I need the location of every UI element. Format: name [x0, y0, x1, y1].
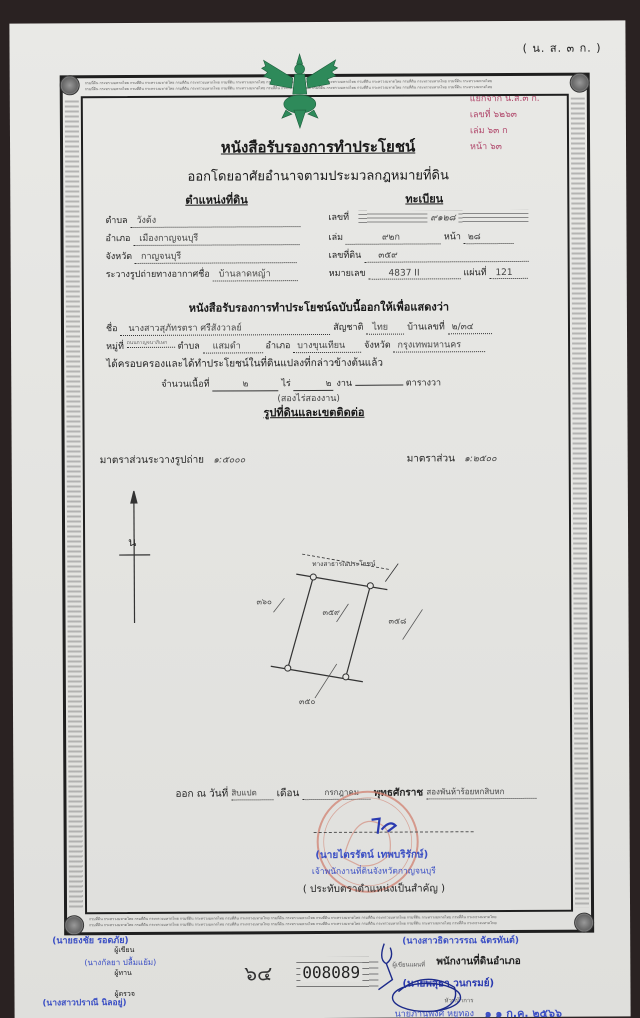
rai-label: ไร่ [281, 379, 290, 389]
book-label: เล่ม [328, 233, 343, 243]
location-province-row: จังหวัด กาญจนบุรี [106, 248, 297, 264]
square-wa-label: ตารางวา [406, 378, 441, 388]
owner-tambon-label: ตำบล [178, 342, 200, 352]
amphoe-value: เมืองกาญจนบุรี [133, 230, 299, 246]
area-label: จำนวนเนื้อที่ [161, 380, 209, 390]
serial-number: 008089 [300, 963, 362, 982]
east-neighbor-label: ๓๕๘ [389, 617, 407, 626]
sheet-label: แผ่นที่ [463, 268, 486, 278]
province-value: กาญจนบุรี [135, 248, 297, 264]
security-strip-right [571, 98, 589, 908]
reviewer-row: (นางสาวปราณี นิลอยู่) [42, 995, 126, 1009]
book-value: ๙๒ก [346, 229, 441, 244]
house-number-value: ๒/๓๔ [448, 319, 492, 334]
south-neighbor-label: ๓๕๐ [299, 697, 316, 706]
possession-statement: ได้ครอบครองและได้ทำประโยชน์ในที่ดินแปลงท… [106, 356, 383, 372]
owner-address-row: หมู่ที่ ถนนกาญจนาภิเษก ตำบล แสมดำ อำเภอ … [106, 337, 486, 354]
location-heading: ตำแหน่งที่ดิน [185, 190, 248, 208]
stamp-date: ๑ ๑ ก.ค. ๒๕๖๖ [485, 1004, 562, 1018]
book-code: ๖๔ [244, 957, 272, 989]
west-neighbor-label: ๓๖๐ [256, 597, 272, 606]
checker-name: (นางกัลยา ปลื้มแย้ม) [84, 958, 156, 967]
road-label: ทางสาธารณประโยชน์ [312, 560, 376, 568]
owner-tambon-value: แสมดำ [203, 338, 263, 353]
map-scale-row: มาตราส่วน ๑:๒๕๐๐ [407, 451, 497, 466]
officer-name: (นายไตรรัตน์ เทพบริรักษ์) [272, 847, 472, 863]
photo-scale-row: มาตราส่วนระวางรูปถ่าย ๑:๕๐๐๐ [100, 452, 246, 468]
form-code: ( น. ส. ๓ ก. ) [523, 39, 602, 57]
registry-number-row: เลขที่ ๙๑๒๘ [328, 209, 528, 225]
corner-seal-icon [570, 73, 590, 93]
parcel-map: น ทางสาธารณประโยชน์ ๓๖๐ ๓๕๙ ๓๕๘ ๓๕๐ [102, 481, 503, 723]
corner-seal-icon [60, 75, 80, 95]
registry-number-value: ๙๑๒๘ [427, 213, 458, 223]
registry-heading: ทะเบียน [405, 189, 443, 207]
parcel-number-label: เลขที่ดิน [329, 251, 362, 261]
ngan-label: งาน [336, 379, 352, 389]
square-wa-value [355, 385, 403, 386]
parcel-center-label: ๓๕๙ [322, 608, 340, 617]
moo-label: หมู่ที่ [106, 342, 124, 352]
writer-role: ผู้เขียน [114, 945, 134, 956]
issue-day-value: สิบแปด [231, 786, 273, 800]
page-value: ๒๘ [464, 229, 514, 244]
aerial-photo-label: ระวางรูปถ่ายทางอากาศชื่อ [106, 270, 210, 281]
issue-month-label: เดือน [277, 788, 300, 799]
amphoe-label: อำเภอ [106, 234, 131, 244]
owner-row: ชื่อ นางสาวสุภัทรตรา ศรีสังวาลย์ สัญชาติ… [106, 319, 492, 336]
map-heading: รูปที่ดินและเขตติดต่อ [263, 403, 364, 422]
footer-signatures-icon [364, 939, 474, 1018]
reference-number: เลขที่ ๖๒๖๓ [470, 107, 540, 123]
rai-value: ๒ [212, 376, 278, 391]
security-strip-left [65, 100, 83, 910]
aerial-photo-value: บ้านลาดหญ้า [213, 266, 298, 281]
garuda-emblem-icon [260, 52, 340, 132]
north-label: น [128, 535, 136, 549]
owner-name-label: ชื่อ [106, 324, 118, 334]
area-row: จำนวนเนื้อที่ ๒ ไร่ ๒ งาน ตารางวา [161, 375, 441, 391]
registry-ref-row: หมายเลข 4837 II แผ่นที่ 121 [329, 265, 528, 280]
owner-amphoe-value: บางขุนเทียน [293, 338, 361, 353]
issue-year-value: สองพันห้าร้อยหกสิบหก [426, 785, 536, 800]
map-scale-value: ๑:๒๕๐๐ [464, 454, 497, 464]
nationality-value: ไทย [366, 320, 404, 335]
owner-name-value: นางสาวสุภัทรตรา ศรีสังวาลย์ [120, 320, 330, 336]
photo-scale-label: มาตราส่วนระวางรูปถ่าย [100, 455, 204, 467]
photo-scale-value: ๑:๕๐๐๐ [213, 455, 245, 465]
nationality-label: สัญชาติ [333, 323, 363, 333]
corner-seal-icon [574, 913, 594, 933]
location-photo-row: ระวางรูปถ่ายทางอากาศชื่อ บ้านลาดหญ้า [106, 266, 298, 282]
document-subtitle: ออกโดยอาศัยอำนาจตามประมวลกฎหมายที่ดิน [10, 163, 626, 187]
seal-note: ( ประทับตราตำแหน่งเป็นสำคัญ ) [274, 881, 474, 897]
officer-title: เจ้าพนักงานที่ดินจังหวัดกาญจนบุรี [254, 863, 494, 878]
document-title: หนังสือรับรองการทำประโยชน์ [10, 133, 626, 160]
security-strip-bottom: กรมที่ดิน กระทรวงมหาดไทย กรมที่ดิน กระทร… [89, 914, 569, 931]
reference-source: แยกจาก น.ส.๓ ก. [470, 91, 540, 107]
tambon-label: ตำบล [105, 216, 127, 226]
location-tambon-row: ตำบล วังด้ง [105, 212, 300, 228]
province-label: จังหวัด [106, 252, 133, 262]
sheet-value: 121 [489, 268, 527, 279]
officer-signature-icon [370, 816, 400, 836]
reviewer-name: (นางสาวปราณี นิลอยู่) [43, 998, 127, 1008]
map-scale-label: มาตราส่วน [407, 453, 455, 464]
registry-parcel-row: เลขที่ดิน ๓๕๙ [329, 247, 529, 263]
certification-heading: หนังสือรับรองการทำประโยชน์ฉบับนี้ออกให้เ… [11, 296, 627, 317]
registry-book-row: เล่ม ๙๒ก หน้า ๒๘ [328, 229, 513, 245]
map-ref-label: หมายเลข [329, 269, 366, 279]
parcel-number-value: ๓๕๙ [364, 247, 528, 263]
ngan-value: ๒ [294, 376, 334, 391]
owner-province-label: จังหวัด [364, 341, 391, 351]
owner-amphoe-label: อำเภอ [266, 341, 291, 351]
tambon-value: วังด้ง [130, 212, 300, 228]
owner-province-value: กรุงเทพมหานคร [393, 337, 485, 352]
moo-value: ถนนกาญจนาภิเษก [127, 339, 175, 348]
house-number-label: บ้านเลขที่ [407, 322, 445, 332]
registry-number-field: ๙๑๒๘ [358, 209, 528, 224]
checker-role: ผู้ทาน [114, 968, 131, 979]
location-amphoe-row: อำเภอ เมืองกาญจนบุรี [105, 230, 299, 246]
registry-number-label: เลขที่ [328, 213, 349, 223]
official-seal-stamp-icon [313, 787, 422, 896]
page-label: หน้า [444, 232, 461, 242]
map-ref-value: 4837 II [368, 268, 460, 279]
issue-day-label: ออก ณ วันที่ [175, 788, 228, 799]
land-certificate-document: ( น. ส. ๓ ก. ) กรมที่ดิน กระทรวงมหาดไทย … [9, 20, 630, 1018]
